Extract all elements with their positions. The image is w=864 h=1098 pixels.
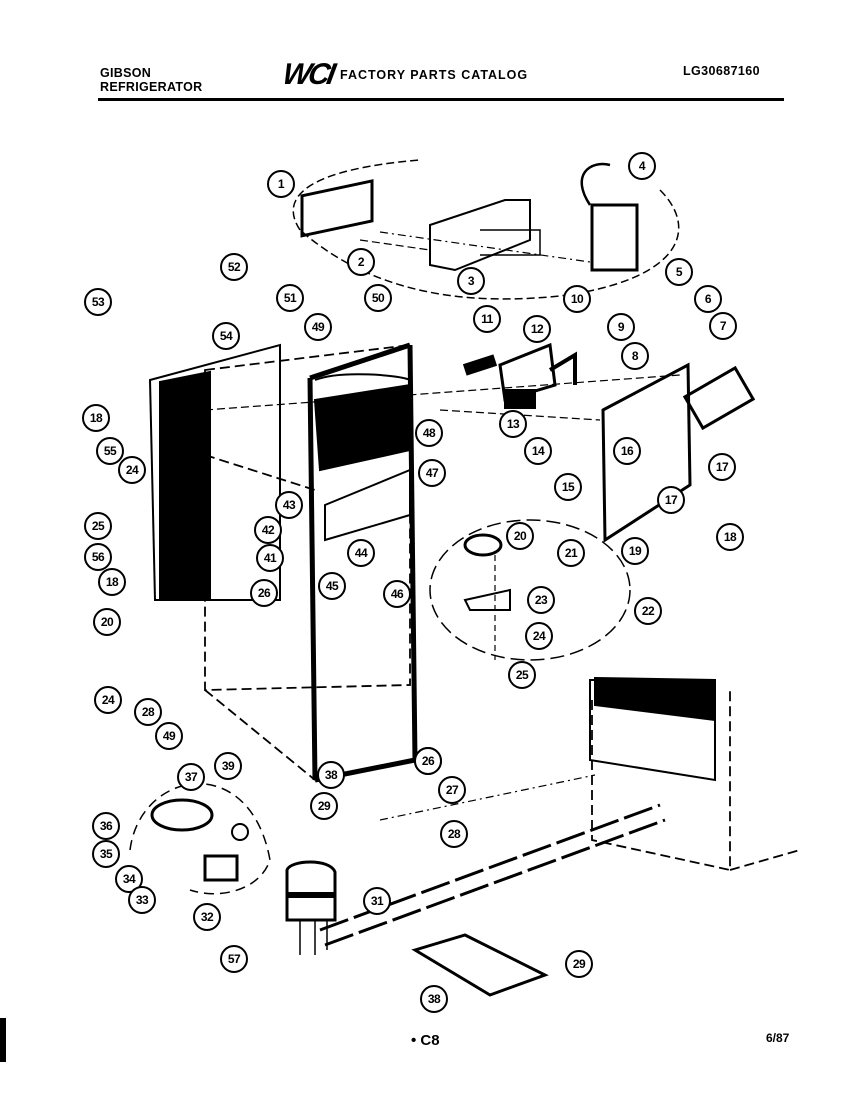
part-callout-20: 20 <box>93 608 121 636</box>
revision-date: 6/87 <box>766 1031 789 1045</box>
part-callout-37: 37 <box>177 763 205 791</box>
part-callout-44: 44 <box>347 539 375 567</box>
part-callout-53: 53 <box>84 288 112 316</box>
part-callout-27: 27 <box>438 776 466 804</box>
part-callout-28: 28 <box>440 820 468 848</box>
part-callout-21: 21 <box>557 539 585 567</box>
part-callout-50: 50 <box>364 284 392 312</box>
part-callout-33: 33 <box>128 886 156 914</box>
part-callout-11: 11 <box>473 305 501 333</box>
part-callout-25: 25 <box>84 512 112 540</box>
part-callout-10: 10 <box>563 285 591 313</box>
part-callout-41: 41 <box>256 544 284 572</box>
part-callout-36: 36 <box>92 812 120 840</box>
part-callout-25: 25 <box>508 661 536 689</box>
part-callout-26: 26 <box>414 747 442 775</box>
part-callout-24: 24 <box>525 622 553 650</box>
part-callout-26: 26 <box>250 579 278 607</box>
part-callout-17: 17 <box>657 486 685 514</box>
part-callout-48: 48 <box>415 419 443 447</box>
part-callout-16: 16 <box>613 437 641 465</box>
part-callout-22: 22 <box>634 597 662 625</box>
part-callout-45: 45 <box>318 572 346 600</box>
part-callout-29: 29 <box>565 950 593 978</box>
part-callout-38: 38 <box>420 985 448 1013</box>
part-callout-49: 49 <box>155 722 183 750</box>
part-callout-6: 6 <box>694 285 722 313</box>
part-callout-18: 18 <box>82 404 110 432</box>
part-callout-39: 39 <box>214 752 242 780</box>
part-callout-24: 24 <box>118 456 146 484</box>
part-callout-12: 12 <box>523 315 551 343</box>
part-callout-24: 24 <box>94 686 122 714</box>
part-callout-8: 8 <box>621 342 649 370</box>
part-callout-9: 9 <box>607 313 635 341</box>
part-callout-13: 13 <box>499 410 527 438</box>
part-callout-18: 18 <box>98 568 126 596</box>
part-callout-23: 23 <box>527 586 555 614</box>
part-callout-46: 46 <box>383 580 411 608</box>
part-callout-19: 19 <box>621 537 649 565</box>
part-callout-1: 1 <box>267 170 295 198</box>
part-callout-43: 43 <box>275 491 303 519</box>
part-callout-49: 49 <box>304 313 332 341</box>
part-callout-42: 42 <box>254 516 282 544</box>
part-callout-54: 54 <box>212 322 240 350</box>
part-callout-38: 38 <box>317 761 345 789</box>
part-callout-4: 4 <box>628 152 656 180</box>
part-callout-28: 28 <box>134 698 162 726</box>
part-callout-3: 3 <box>457 267 485 295</box>
part-callout-5: 5 <box>665 258 693 286</box>
part-callout-57: 57 <box>220 945 248 973</box>
part-callout-51: 51 <box>276 284 304 312</box>
part-callout-35: 35 <box>92 840 120 868</box>
part-callout-15: 15 <box>554 473 582 501</box>
part-callout-18: 18 <box>716 523 744 551</box>
page-label: • C8 <box>411 1032 440 1049</box>
part-callout-52: 52 <box>220 253 248 281</box>
part-callout-20: 20 <box>506 522 534 550</box>
part-callout-56: 56 <box>84 543 112 571</box>
part-callout-17: 17 <box>708 453 736 481</box>
part-callout-2: 2 <box>347 248 375 276</box>
part-callout-7: 7 <box>709 312 737 340</box>
part-callout-14: 14 <box>524 437 552 465</box>
part-callout-29: 29 <box>310 792 338 820</box>
part-callout-32: 32 <box>193 903 221 931</box>
part-callout-47: 47 <box>418 459 446 487</box>
part-callout-31: 31 <box>363 887 391 915</box>
